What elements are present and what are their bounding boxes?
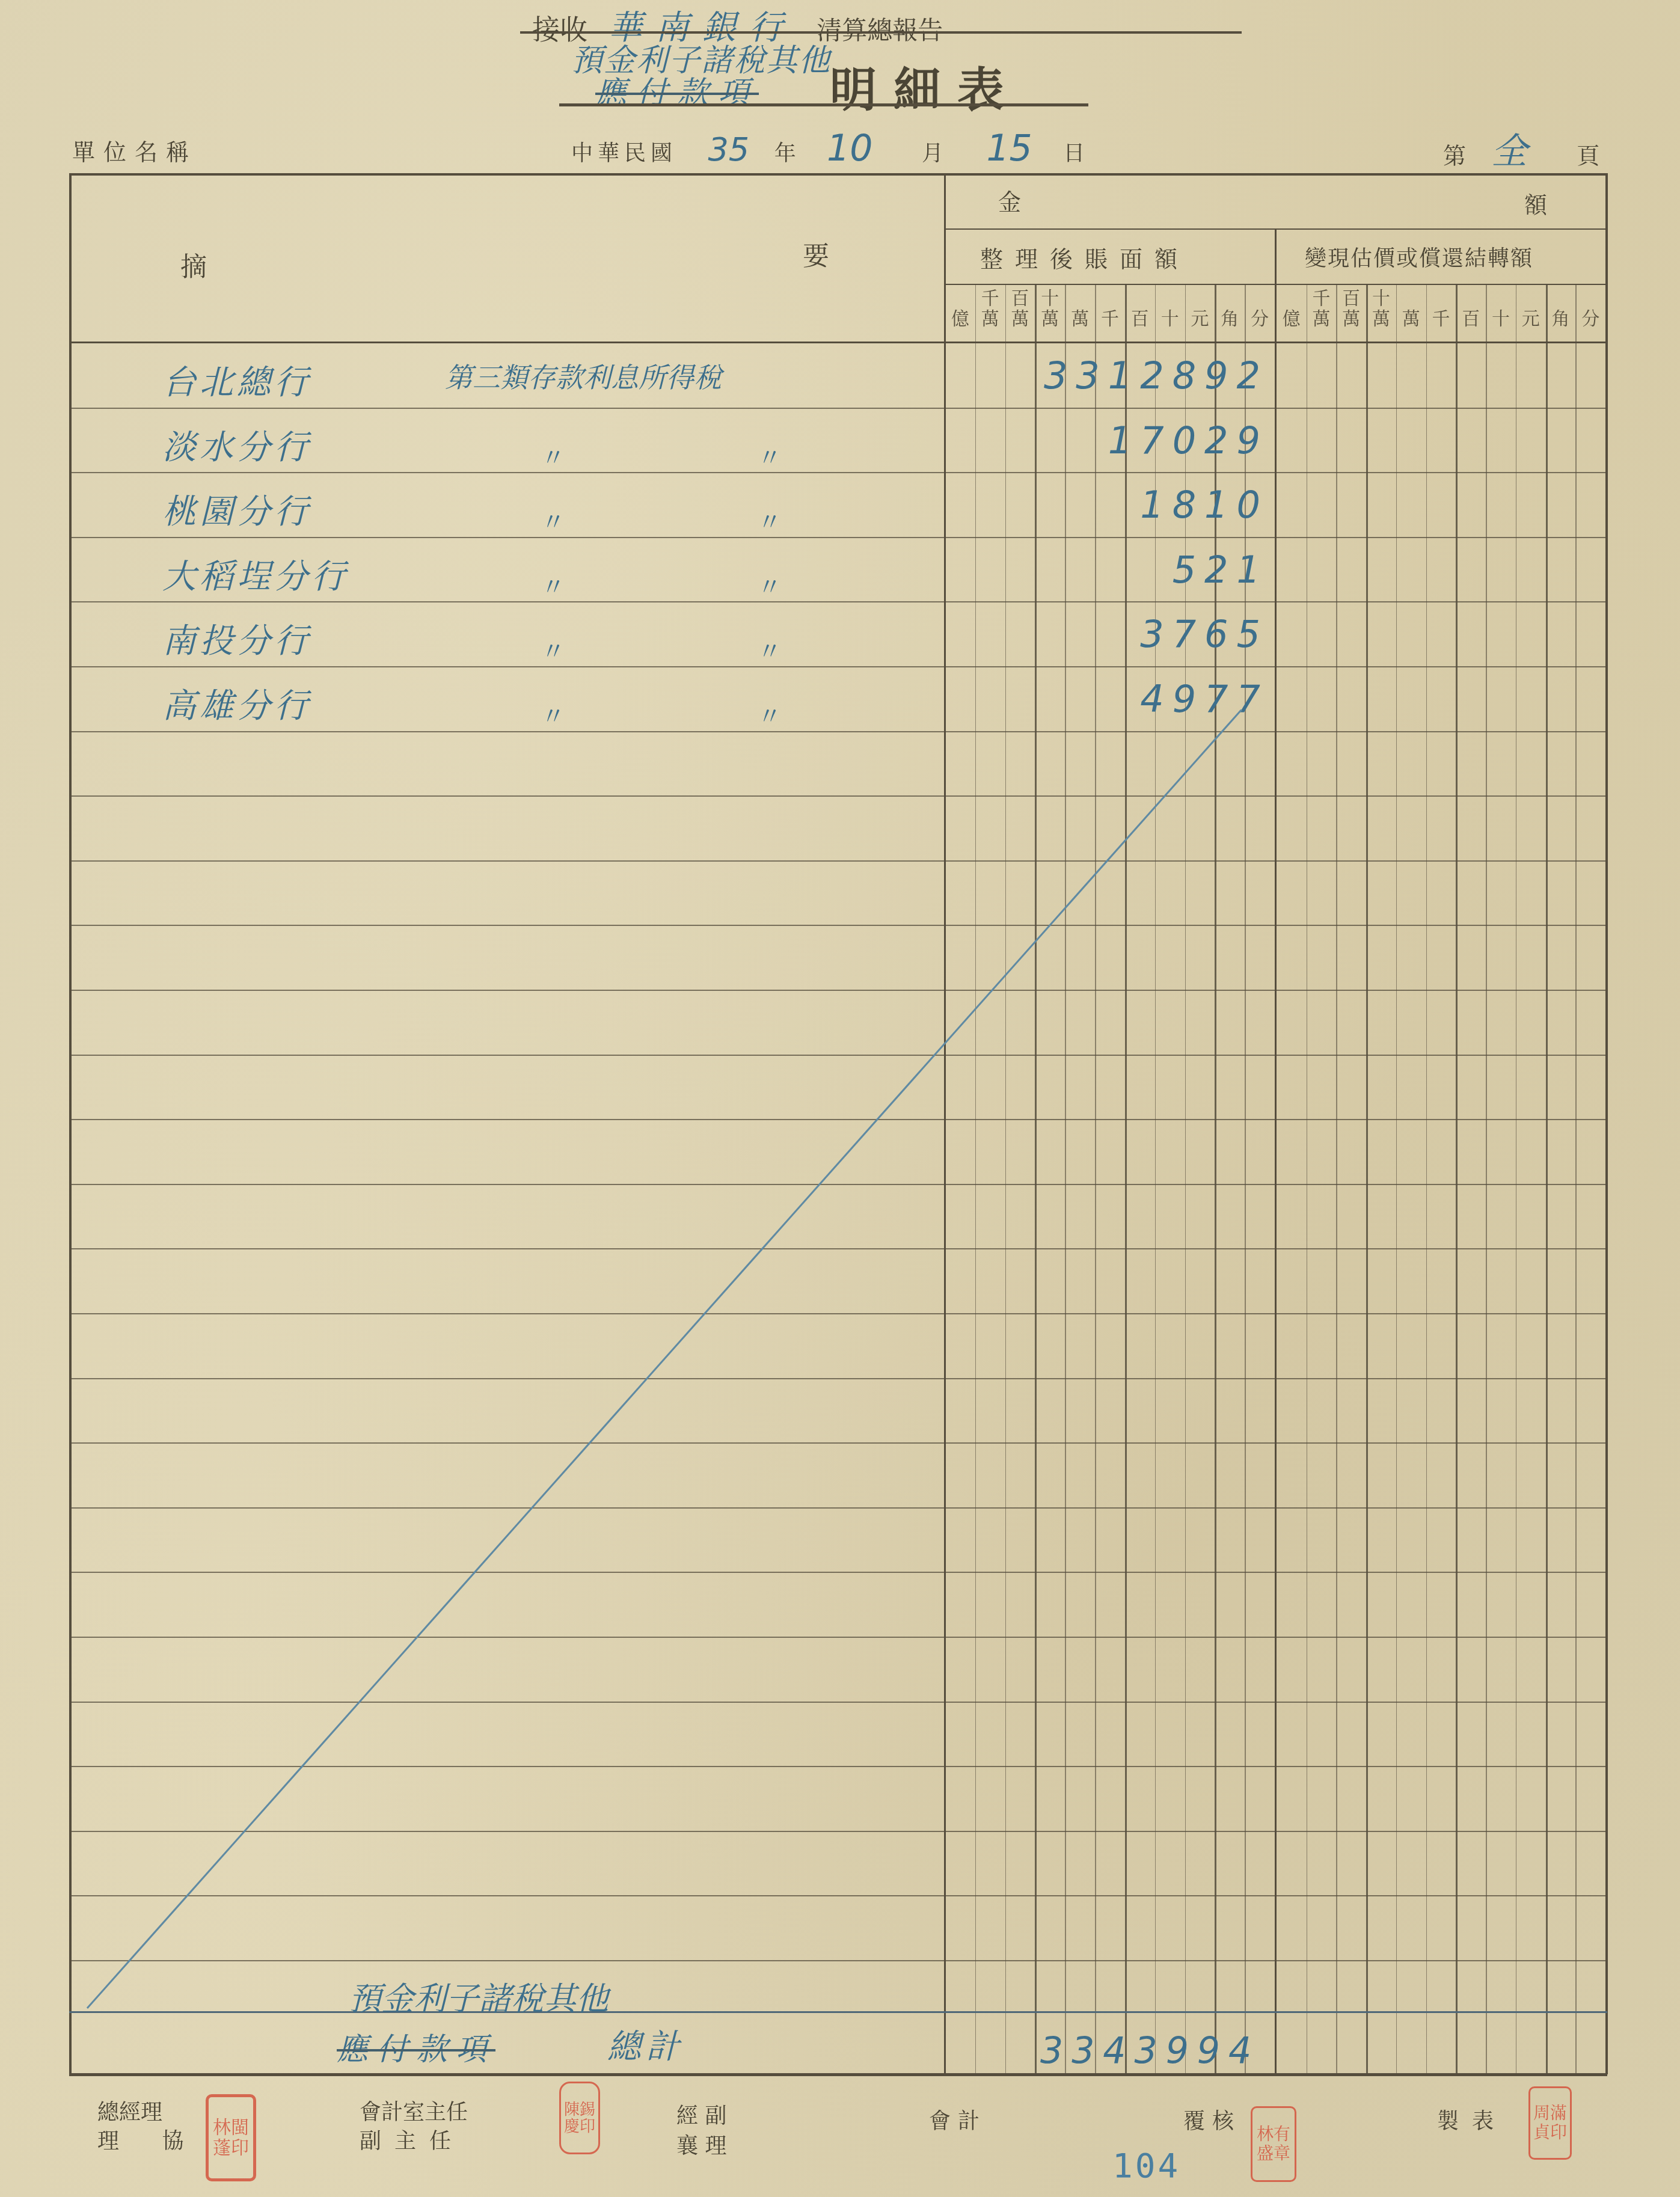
seal-general-manager: 林閩蓬印	[206, 2094, 256, 2181]
row-rule	[72, 601, 1605, 602]
date-era: 中華民國	[571, 141, 677, 166]
digit-label-bottom: 萬	[1035, 309, 1065, 329]
date-line: 中華民國 35 年 10 月 15 日	[571, 127, 1085, 170]
digit-label-realize-6: 百	[1456, 309, 1486, 329]
row-book-value: 1810	[1022, 483, 1269, 527]
digit-label-realize-8: 元	[1516, 309, 1546, 329]
book-value-header: 整理後賬面額	[980, 241, 1189, 274]
digit-column-rule	[1456, 285, 1458, 2073]
digit-column-rule	[1575, 285, 1577, 2073]
title-underline-2	[559, 103, 1088, 106]
digit-label-realize-3: 十萬	[1366, 289, 1396, 329]
page-prefix: 第	[1443, 142, 1466, 169]
digit-column-rule	[1486, 285, 1487, 2073]
sig-accounting-chief: 會計室主任 副主任	[360, 2098, 468, 2156]
amount-header-2: 額	[1524, 186, 1547, 219]
ditto-mark: 〃	[541, 503, 565, 538]
total-label-category: 預金利子諸稅其他	[349, 1973, 609, 2020]
digit-label-realize-5: 千	[1426, 309, 1456, 329]
digit-label-book-9: 角	[1215, 309, 1245, 329]
digit-label-bottom: 億	[945, 309, 975, 329]
date-month-label: 月	[922, 141, 943, 166]
digit-column-rule	[1396, 285, 1397, 2073]
row-description: 第三類存款利息所得稅	[445, 356, 722, 396]
table-bottom-border	[69, 2073, 1607, 2076]
total-row-rule	[69, 2011, 1607, 2013]
page-stamp-number: 104	[1112, 2146, 1180, 2186]
sig-general-manager: 總經理 理 協	[97, 2098, 201, 2156]
digit-label-bottom: 萬	[1005, 309, 1035, 329]
table-right-border	[1605, 173, 1608, 2074]
digit-label-bottom: 分	[1245, 309, 1275, 329]
realization-header: 變現估價或償還結轉額	[1305, 242, 1533, 272]
total-label-suffix: 總計	[607, 2020, 684, 2068]
sig-accounting-chief-label: 會計室主任	[360, 2098, 468, 2127]
row-rule	[72, 666, 1605, 667]
sig-associate-manager-label: 襄 理	[676, 2131, 726, 2162]
digit-label-top: 百	[1336, 289, 1366, 309]
description-header-1: 摘	[180, 245, 207, 284]
digit-label-realize-2: 百萬	[1336, 289, 1366, 329]
digit-label-book-6: 百	[1125, 309, 1155, 329]
ditto-mark: 〃	[758, 503, 782, 538]
digit-label-bottom: 百	[1456, 309, 1486, 329]
date-day: 15	[986, 127, 1032, 170]
row-branch-name: 南投分行	[162, 614, 311, 663]
ditto-mark: 〃	[541, 633, 565, 667]
row-book-value: 521	[1022, 548, 1269, 592]
digit-column-rule	[1426, 285, 1427, 2073]
digit-label-top: 千	[975, 289, 1005, 309]
sig-deputy-manager: 經 副 襄 理	[676, 2101, 726, 2162]
digit-column-rule	[1307, 285, 1308, 2073]
digit-label-top: 千	[1307, 289, 1337, 309]
date-day-label: 日	[1063, 141, 1085, 166]
digit-label-bottom: 千	[1095, 309, 1125, 329]
row-rule	[72, 537, 1605, 538]
digit-label-bottom: 萬	[1396, 309, 1426, 329]
row-rule	[72, 472, 1605, 473]
digit-label-bottom: 萬	[1307, 309, 1337, 329]
sig-deputy-chief-label: 副主任	[360, 2127, 468, 2156]
date-month: 10	[827, 127, 872, 170]
row-branch-name: 淡水分行	[162, 421, 311, 469]
digit-label-realize-0: 億	[1277, 309, 1307, 329]
digit-label-bottom: 萬	[1336, 309, 1366, 329]
digit-label-realize-7: 十	[1486, 309, 1516, 329]
digit-label-book-10: 分	[1245, 309, 1275, 329]
unit-name-label: 單位名稱	[72, 133, 197, 167]
row-book-value: 3312892	[1022, 354, 1269, 397]
digit-label-bottom: 萬	[1366, 309, 1396, 329]
digit-label-bottom: 十	[1486, 309, 1516, 329]
digit-label-bottom: 千	[1426, 309, 1456, 329]
digit-label-top: 十	[1035, 289, 1065, 309]
page-suffix: 頁	[1577, 142, 1599, 169]
digit-label-bottom: 十	[1155, 309, 1185, 329]
row-branch-name: 大稻埕分行	[162, 550, 349, 598]
ditto-mark: 〃	[758, 633, 782, 667]
page-number: 第 全 頁	[1443, 123, 1599, 174]
sig-general-manager-label: 總經理	[97, 2098, 201, 2127]
digit-label-bottom: 萬	[975, 309, 1005, 329]
digit-label-bottom: 萬	[1065, 309, 1095, 329]
digit-label-book-5: 千	[1095, 309, 1125, 329]
header-bottom-rule	[69, 342, 1607, 343]
date-year-label: 年	[774, 141, 796, 166]
digit-label-bottom: 角	[1215, 309, 1245, 329]
digit-label-top: 百	[1005, 289, 1035, 309]
page-value: 全	[1491, 130, 1527, 173]
digit-label-bottom: 分	[1575, 309, 1605, 329]
digit-label-realize-10: 分	[1575, 309, 1605, 329]
digit-column-rule	[1516, 285, 1517, 2073]
digit-label-bottom: 億	[1277, 309, 1307, 329]
ditto-mark: 〃	[758, 568, 782, 602]
row-branch-name: 桃園分行	[162, 485, 311, 533]
digit-label-book-0: 億	[945, 309, 975, 329]
digit-label-top: 十	[1366, 289, 1396, 309]
date-year: 35	[708, 130, 749, 168]
digit-label-book-3: 十萬	[1035, 289, 1065, 329]
row-branch-name: 台北總行	[162, 356, 311, 404]
table-top-border	[69, 173, 1607, 176]
digit-label-realize-1: 千萬	[1307, 289, 1337, 329]
sig-accountant-label: 會計	[929, 2104, 987, 2135]
digit-column-rule	[1336, 285, 1337, 2073]
seal-accounting-chief: 陳錫慶印	[559, 2082, 600, 2154]
description-header-2: 要	[803, 234, 829, 273]
ditto-mark: 〃	[541, 568, 565, 602]
ditto-mark: 〃	[758, 439, 782, 473]
seal-preparer: 周滿貞印	[1528, 2086, 1572, 2160]
cancel-diagonal-line	[69, 709, 1248, 2014]
ditto-mark: 〃	[541, 439, 565, 473]
digit-label-realize-4: 萬	[1396, 309, 1426, 329]
title-detail-table: 明細表	[830, 53, 1021, 120]
title-underline-1	[520, 31, 1242, 34]
digit-label-book-1: 千萬	[975, 289, 1005, 329]
sig-deputy-manager-label: 經 副	[676, 2101, 726, 2131]
row-book-value: 17029	[1022, 418, 1269, 462]
sig-assistant-manager-label: 理 協	[97, 2127, 201, 2156]
sig-reviewer-label: 覆核	[1183, 2104, 1241, 2135]
digit-column-rule	[1546, 285, 1548, 2073]
digit-label-bottom: 元	[1185, 309, 1215, 329]
seal-reviewer: 林有盛章	[1251, 2106, 1296, 2182]
digit-label-realize-9: 角	[1546, 309, 1576, 329]
digit-label-book-2: 百萬	[1005, 289, 1035, 329]
digit-label-bottom: 元	[1516, 309, 1546, 329]
digit-label-bottom: 百	[1125, 309, 1155, 329]
digit-label-book-8: 元	[1185, 309, 1215, 329]
digit-label-bottom: 角	[1546, 309, 1576, 329]
amount-header-1: 金	[998, 183, 1021, 216]
row-book-value: 3765	[1022, 612, 1269, 656]
row-rule	[72, 408, 1605, 409]
group-divider	[1275, 228, 1277, 2074]
title-report-type: 清算總報告	[817, 16, 943, 45]
total-book-value: 3343994	[1040, 2030, 1257, 2072]
sig-preparer-label: 製表	[1437, 2104, 1507, 2135]
digit-column-rule	[1366, 285, 1368, 2073]
digit-label-book-7: 十	[1155, 309, 1185, 329]
total-label-struck: 應付款項	[337, 2024, 495, 2069]
digit-label-book-4: 萬	[1065, 309, 1095, 329]
